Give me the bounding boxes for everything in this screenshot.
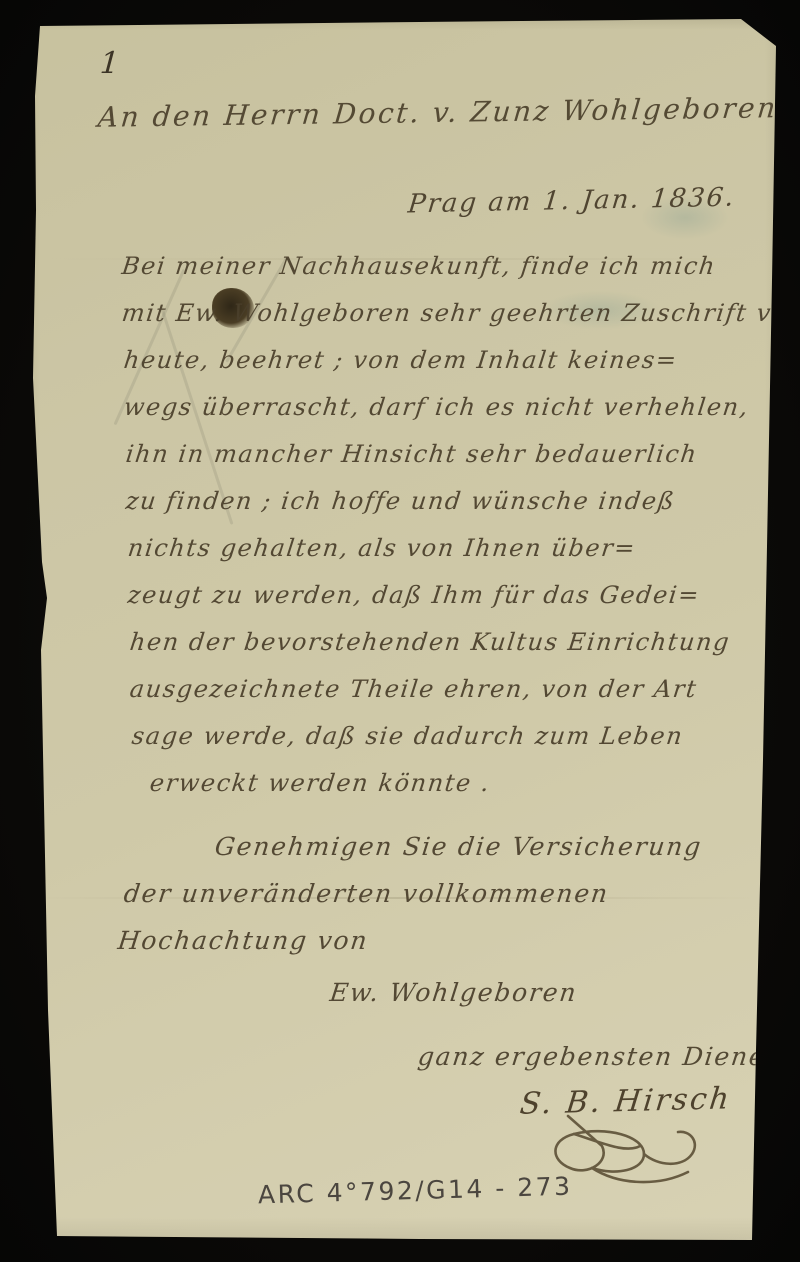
body-line: nichts gehalten, als von Ihnen über= — [126, 534, 638, 562]
address-line: An den Herrn Doct. v. Zunz Wohlgeboren — [97, 91, 780, 134]
body-line: zu finden ; ich hoffe und wünsche indeß — [124, 487, 677, 515]
body-line: ihn in mancher Hinsicht sehr bedauerlich — [124, 440, 699, 468]
body-line: zeugt zu werden, daß Ihm für das Gedei= — [126, 581, 701, 609]
archival-reference: ARC 4°792/G14 - 273 — [258, 1172, 573, 1210]
letter-page: 1 An den Herrn Doct. v. Zunz Wohlgeboren… — [0, 0, 800, 1262]
body-line: sage werde, daß sie dadurch zum Leben — [130, 722, 685, 750]
body-line: ausgezeichnete Theile ehren, von der Art — [128, 675, 699, 703]
closing-line: der unveränderten vollkommenen — [122, 879, 611, 908]
closing-line: Ew. Wohlgeboren — [328, 978, 579, 1007]
closing-line: Hochachtung von — [116, 926, 370, 955]
page-number-annotation: 1 — [99, 46, 121, 81]
body-line: mit Ew. Wohlgeboren sehr geehrten Zuschr… — [120, 299, 800, 327]
closing-line: Genehmigen Sie die Versicherung — [213, 832, 704, 861]
body-line: heute, beehret ; von dem Inhalt keines= — [122, 346, 679, 374]
closing-line: ganz ergebensten Diener — [416, 1042, 781, 1071]
body-line: wegs überrascht, darf ich es nicht verhe… — [122, 393, 751, 421]
body-line: hen der bevorstehenden Kultus Einrichtun… — [128, 628, 732, 656]
body-line: Bei meiner Nachhausekunft, finde ich mic… — [120, 252, 718, 280]
body-line: erweckt werden könnte . — [148, 769, 492, 797]
